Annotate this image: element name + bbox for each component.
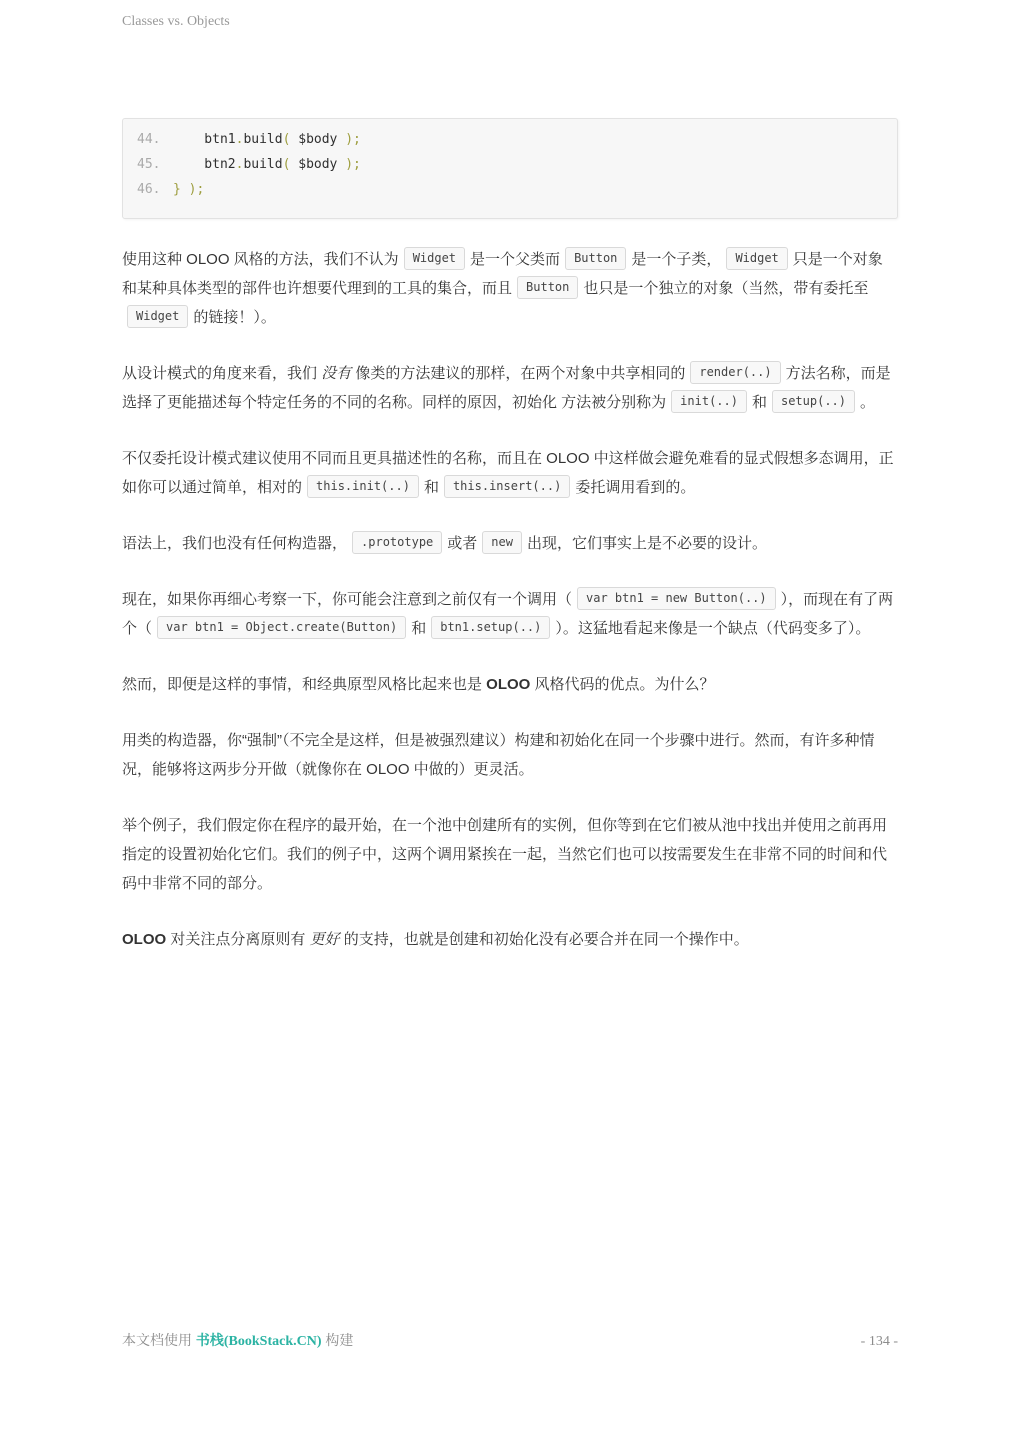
inline-code: render(..) bbox=[690, 361, 780, 384]
footer-suffix: 构建 bbox=[322, 1332, 354, 1348]
code-token: btn2 bbox=[173, 157, 236, 172]
bold-text: OLOO bbox=[122, 931, 166, 948]
bold-text: OLOO bbox=[486, 676, 530, 693]
code-text: btn2.build( $body ); bbox=[173, 157, 361, 172]
paragraph: 用类的构造器，你“强制”（不完全是这样，但是被强烈建议）构建和初始化在同一个步骤… bbox=[122, 726, 898, 784]
inline-code: Button bbox=[517, 276, 578, 299]
footer-prefix: 本文档使用 bbox=[122, 1332, 196, 1348]
text-run: 是一个子类， bbox=[631, 251, 721, 268]
page-number: - 134 - bbox=[861, 1334, 898, 1350]
bookstack-link[interactable]: 书栈(BookStack.CN) bbox=[196, 1334, 322, 1349]
paragraphs: 使用这种 OLOO 风格的方法，我们不认为Widget是一个父类而Button是… bbox=[122, 245, 898, 954]
page-content: 44. btn1.build( $body );45. btn2.build( … bbox=[122, 118, 898, 954]
text-run: 出现，它们事实上是不必要的设计。 bbox=[527, 535, 767, 552]
inline-code: this.insert(..) bbox=[444, 475, 570, 498]
text-run: 是一个父类而 bbox=[470, 251, 560, 268]
text-run: 语法上，我们也没有任何构造器， bbox=[122, 535, 347, 552]
page-footer: 本文档使用 书栈(BookStack.CN) 构建 - 134 - bbox=[122, 1330, 898, 1350]
inline-code: Widget bbox=[127, 305, 188, 328]
paragraph: 语法上，我们也没有任何构造器，.prototype或者new出现，它们事实上是不… bbox=[122, 529, 898, 558]
text-run: 举个例子，我们假定你在程序的最开始，在一个池中创建所有的实例，但你等到在它们被从… bbox=[122, 817, 887, 892]
paragraph: 使用这种 OLOO 风格的方法，我们不认为Widget是一个父类而Button是… bbox=[122, 245, 898, 332]
emphasis-text: 没有 bbox=[321, 365, 351, 382]
text-run: 使用这种 OLOO 风格的方法，我们不认为 bbox=[122, 251, 399, 268]
code-token: build bbox=[243, 132, 282, 147]
footer-build-note: 本文档使用 书栈(BookStack.CN) 构建 bbox=[122, 1330, 353, 1350]
code-token: build bbox=[243, 157, 282, 172]
text-run: 对关注点分离原则有 bbox=[166, 931, 309, 948]
code-token: btn1 bbox=[173, 132, 236, 147]
text-run: 也只是一个独立的对象（当然，带有委托至 bbox=[583, 280, 868, 297]
text-run: 和 bbox=[752, 394, 767, 411]
text-run: ）。这猛地看起来像是一个缺点（代码变多了）。 bbox=[555, 620, 870, 637]
text-run: 从设计模式的角度来看，我们 bbox=[122, 365, 321, 382]
paragraph: 举个例子，我们假定你在程序的最开始，在一个池中创建所有的实例，但你等到在它们被从… bbox=[122, 811, 898, 898]
code-token: ( bbox=[283, 132, 299, 147]
line-number: 44. bbox=[137, 127, 173, 152]
code-line: 45. btn2.build( $body ); bbox=[137, 152, 885, 177]
emphasis-text: 更好 bbox=[310, 931, 340, 948]
inline-code: btn1.setup(..) bbox=[431, 616, 550, 639]
text-run: 和 bbox=[424, 479, 439, 496]
text-run: 委托调用看到的。 bbox=[575, 479, 695, 496]
code-token: ); bbox=[337, 157, 360, 172]
code-token: $body bbox=[298, 157, 337, 172]
inline-code: setup(..) bbox=[772, 390, 855, 413]
code-line: 46.} ); bbox=[137, 177, 885, 202]
code-token: ( bbox=[283, 157, 299, 172]
text-run: 像类的方法建议的那样，在两个对象中共享相同的 bbox=[351, 365, 685, 382]
text-run: 。 bbox=[860, 394, 875, 411]
paragraph: 现在，如果你再细心考察一下，你可能会注意到之前仅有一个调用（var btn1 =… bbox=[122, 585, 898, 643]
text-run: 用类的构造器，你“强制”（不完全是这样，但是被强烈建议）构建和初始化在同一个步骤… bbox=[122, 732, 875, 778]
code-token: ); bbox=[337, 132, 360, 147]
paragraph: 从设计模式的角度来看，我们 没有 像类的方法建议的那样，在两个对象中共享相同的r… bbox=[122, 359, 898, 417]
inline-code: Button bbox=[565, 247, 626, 270]
paragraph: 不仅委托设计模式建议使用不同而且更具描述性的名称，而且在 OLOO 中这样做会避… bbox=[122, 444, 898, 502]
document-page: Classes vs. Objects 44. btn1.build( $bod… bbox=[0, 0, 1019, 1440]
code-line: 44. btn1.build( $body ); bbox=[137, 127, 885, 152]
inline-code: new bbox=[482, 531, 522, 554]
code-token: } ); bbox=[173, 182, 204, 197]
code-text: } ); bbox=[173, 182, 204, 197]
text-run: 然而，即便是这样的事情，和经典原型风格比起来也是 bbox=[122, 676, 486, 693]
inline-code: var btn1 = new Button(..) bbox=[577, 587, 776, 610]
line-number: 46. bbox=[137, 177, 173, 202]
text-run: 的支持，也就是创建和初始化没有必要合并在同一个操作中。 bbox=[340, 931, 749, 948]
inline-code: var btn1 = Object.create(Button) bbox=[157, 616, 406, 639]
line-number: 45. bbox=[137, 152, 173, 177]
code-block-lines: 44. btn1.build( $body );45. btn2.build( … bbox=[137, 127, 885, 202]
text-run: 的链接！）。 bbox=[193, 309, 276, 326]
text-run: 和 bbox=[411, 620, 426, 637]
running-header: Classes vs. Objects bbox=[122, 14, 230, 30]
paragraph: OLOO 对关注点分离原则有 更好 的支持，也就是创建和初始化没有必要合并在同一… bbox=[122, 925, 898, 954]
code-token: $body bbox=[298, 132, 337, 147]
text-run: 或者 bbox=[447, 535, 477, 552]
inline-code: Widget bbox=[726, 247, 787, 270]
inline-code: init(..) bbox=[671, 390, 747, 413]
text-run: 风格代码的优点。为什么？ bbox=[530, 676, 714, 693]
inline-code: Widget bbox=[404, 247, 465, 270]
code-block: 44. btn1.build( $body );45. btn2.build( … bbox=[122, 118, 898, 219]
code-text: btn1.build( $body ); bbox=[173, 132, 361, 147]
paragraph: 然而，即便是这样的事情，和经典原型风格比起来也是 OLOO 风格代码的优点。为什… bbox=[122, 670, 898, 699]
text-run: 现在，如果你再细心考察一下，你可能会注意到之前仅有一个调用（ bbox=[122, 591, 572, 608]
inline-code: this.init(..) bbox=[307, 475, 419, 498]
inline-code: .prototype bbox=[352, 531, 442, 554]
